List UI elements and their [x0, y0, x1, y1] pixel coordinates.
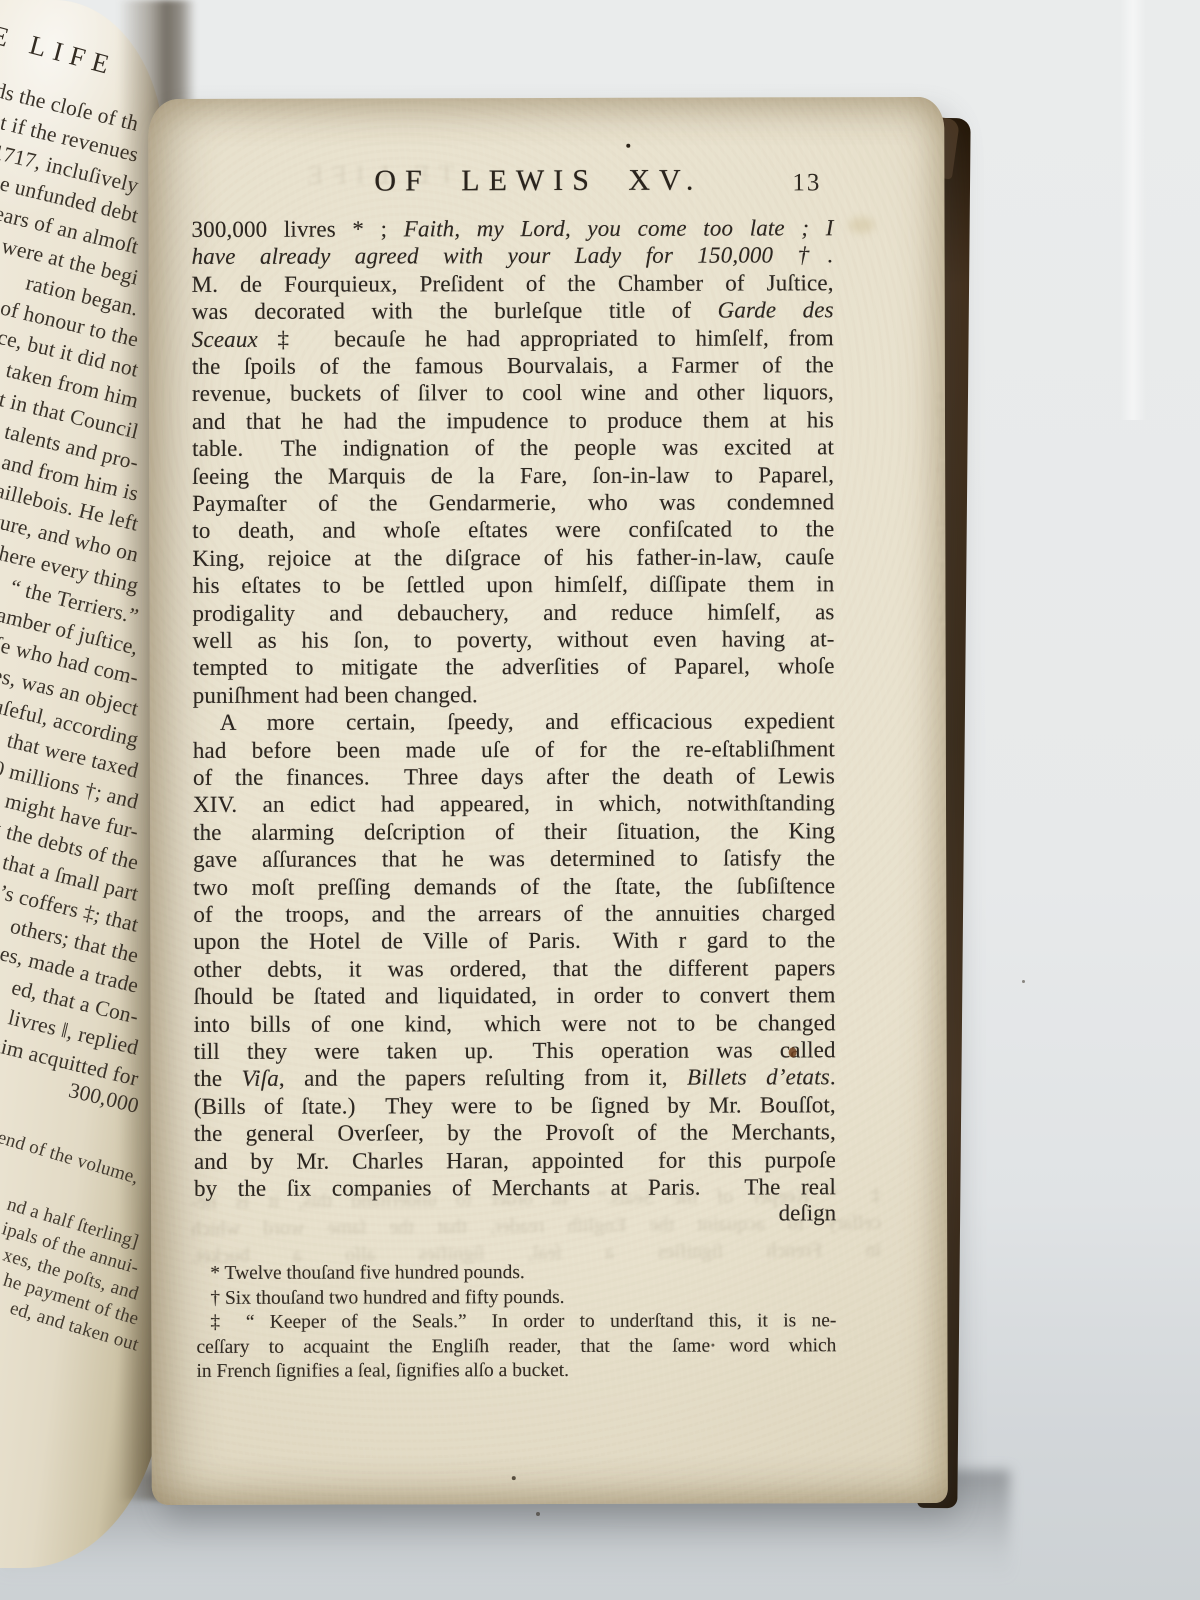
- body-line: of the finances. Three days after the de…: [193, 762, 835, 791]
- body-line: the alarming deſcription of their ſituat…: [193, 817, 835, 846]
- roman-text: .: [830, 1065, 836, 1090]
- body-line: of the troops, and the arrears of the an…: [193, 899, 835, 928]
- roman-text: gave aſſurances that he was determined t…: [193, 845, 835, 872]
- body-line: ſeeing the Marquis de la Fare, ſon-in-la…: [192, 461, 834, 490]
- body-line: XIV. an edict had appeared, in which, no…: [193, 790, 835, 819]
- footnote-line: ceſſary to acquaint the Engliſh reader, …: [196, 1334, 836, 1360]
- page-number: 13: [792, 169, 821, 197]
- italic-text: have already agreed with your Lady for 1…: [192, 243, 834, 270]
- body-line: and by Mr. Charles Haran, appointed for …: [194, 1146, 836, 1175]
- footnote-line: ‡ “ Keeper of the Seals.” In order to un…: [196, 1309, 836, 1335]
- body-line: Sceaux ‡ becauſe he had appropriated to …: [192, 324, 834, 353]
- body-line: by the ſix companies of Merchants at Par…: [194, 1173, 836, 1202]
- body-line: Paymaſter of the Gendarmerie, who was co…: [192, 488, 834, 517]
- body-line: two moſt preſſing demands of the ſtate, …: [193, 872, 835, 901]
- body-text: 300,000 livres * ; Faith, my Lord, you c…: [148, 97, 944, 99]
- italic-text: Billets d’etats: [687, 1065, 830, 1090]
- body-line: upon the Hotel de Ville of Paris. With r…: [193, 927, 835, 956]
- roman-text: to death, and whoſe eſtates were confiſc…: [192, 517, 834, 544]
- italic-text: Faith, my Lord, you come too late ; I: [404, 215, 834, 241]
- body-line: was decorated with the burleſque title o…: [192, 296, 834, 325]
- roman-text: 300,000 livres * ;: [191, 216, 403, 242]
- roman-text: ſhould be ſtated and liquidated, in orde…: [193, 982, 835, 1009]
- roman-text: well as his ſon, to poverty, without eve…: [193, 626, 835, 653]
- roman-text: other debts, it was ordered, that the di…: [193, 955, 835, 982]
- show-through-block: ‡ “ Keeper of the Seals.” In order to un…: [148, 97, 944, 99]
- roman-text: his eſtates to be ſettled upon himſelf, …: [192, 571, 834, 598]
- roman-text: A more certain, ſpeedy, and efficacious …: [220, 708, 835, 735]
- book-photo: TE LIFE owards the cloſe of ththat if th…: [0, 0, 1200, 1600]
- ink-speck: [512, 1476, 516, 1480]
- roman-text: King, rejoice at the diſgrace of his fat…: [192, 544, 834, 571]
- roman-text: into bills of one kind, which were not t…: [194, 1010, 836, 1037]
- roman-text: the ſpoils of the famous Bourvalais, a F…: [192, 352, 834, 379]
- roman-text: the alarming deſcription of their ſituat…: [193, 818, 835, 845]
- foxing-spot: [848, 217, 874, 233]
- italic-text: Garde des: [718, 297, 834, 322]
- ink-speck: [711, 1344, 714, 1347]
- catchword: deſign: [194, 1200, 836, 1228]
- roman-text: and by Mr. Charles Haran, appointed for …: [194, 1147, 836, 1174]
- body-line: prodigality and debauchery, and reduce h…: [192, 598, 834, 627]
- roman-text: XIV. an edict had appeared, in which, no…: [193, 791, 835, 818]
- body-line: till they were taken up. This operation …: [194, 1036, 836, 1065]
- body-line: other debts, it was ordered, that the di…: [193, 954, 835, 983]
- roman-text: puniſhment had been changed.: [193, 682, 478, 708]
- dust-speck: [1022, 980, 1025, 983]
- footnotes: * Twelve thouſand five hundred pounds.† …: [148, 97, 944, 99]
- body-line: 300,000 livres * ; Faith, my Lord, you c…: [191, 214, 833, 243]
- roman-text: , and the papers reſulting from it,: [279, 1065, 687, 1091]
- running-header-title: OF LEWIS XV.: [374, 164, 702, 199]
- body-line: M. de Fourquieux, Preſident of the Chamb…: [192, 269, 834, 298]
- body-line: his eſtates to be ſettled upon himſelf, …: [192, 570, 834, 599]
- roman-text: prodigality and debauchery, and reduce h…: [192, 599, 834, 626]
- body-line: the Viſa, and the papers reſulting from …: [194, 1064, 836, 1093]
- dust-speck: [536, 1512, 540, 1516]
- roman-text: was decorated with the burleſque title o…: [192, 298, 718, 324]
- body-line: table. The indignation of the people was…: [192, 433, 834, 462]
- body-line: into bills of one kind, which were not t…: [194, 1009, 836, 1038]
- body-line: tempted to mitigate the adverſities of P…: [193, 653, 835, 682]
- roman-text: Paymaſter of the Gendarmerie, who was co…: [192, 489, 834, 516]
- roman-text: tempted to mitigate the adverſities of P…: [193, 654, 835, 681]
- roman-text: ſeeing the Marquis de la Fare, ſon-in-la…: [192, 462, 834, 489]
- body-line: have already agreed with your Lady for 1…: [192, 242, 834, 271]
- roman-text: of the troops, and the arrears of the an…: [193, 900, 835, 927]
- roman-text: two moſt preſſing demands of the ſtate, …: [193, 873, 835, 900]
- body-line: King, rejoice at the diſgrace of his fat…: [192, 543, 834, 572]
- roman-text: of the finances. Three days after the de…: [193, 763, 835, 790]
- roman-text: and that he had the impudence to produce…: [192, 407, 834, 434]
- roman-text: the: [194, 1066, 242, 1091]
- body-line: puniſhment had been changed.: [193, 680, 835, 709]
- roman-text: ‡ becauſe he had appropriated to himſelf…: [258, 325, 834, 352]
- roman-text: M. de Fourquieux, Preſident of the Chamb…: [192, 270, 834, 297]
- roman-text: upon the Hotel de Ville of Paris. With r…: [193, 928, 835, 955]
- body-line: (Bills of ſtate.) They were to be ſigned…: [194, 1091, 836, 1120]
- body-line: the general Overſeer, by the Provoſt of …: [194, 1118, 836, 1147]
- body-line: gave aſſurances that he was determined t…: [193, 844, 835, 873]
- roman-text: table. The indignation of the people was…: [192, 434, 834, 461]
- ink-speck: [626, 144, 630, 148]
- roman-text: (Bills of ſtate.) They were to be ſigned…: [194, 1092, 836, 1119]
- background-fabric-streak: [1120, 0, 1146, 420]
- foxing-spot: [789, 1047, 797, 1057]
- footnote-line: * Twelve thouſand five hundred pounds.: [196, 1260, 836, 1286]
- body-line: ſhould be ſtated and liquidated, in orde…: [193, 981, 835, 1010]
- body-line: the ſpoils of the famous Bourvalais, a F…: [192, 351, 834, 380]
- footnote-line: † Six thouſand two hundred and fifty pou…: [196, 1285, 836, 1311]
- right-page: TE LIFE ‡ “ Keeper of the Seals.” In ord…: [148, 97, 948, 1505]
- roman-text: had before been made uſe of for the re-e…: [193, 736, 835, 763]
- body-line: A more certain, ſpeedy, and efficacious …: [193, 707, 835, 736]
- body-line: and that he had the impudence to produce…: [192, 406, 834, 435]
- roman-text: by the ſix companies of Merchants at Par…: [194, 1174, 836, 1201]
- body-line: had before been made uſe of for the re-e…: [193, 735, 835, 764]
- roman-text: the general Overſeer, by the Provoſt of …: [194, 1119, 836, 1146]
- roman-text: till they were taken up. This operation …: [194, 1037, 836, 1064]
- roman-text: revenue, buckets of ſilver to cool wine …: [192, 380, 834, 407]
- italic-text: Sceaux: [192, 326, 258, 351]
- body-line: revenue, buckets of ſilver to cool wine …: [192, 379, 834, 408]
- body-line: to death, and whoſe eſtates were confiſc…: [192, 516, 834, 545]
- footnote-line: in French ſignifies a ſeal, ſignifies al…: [196, 1359, 836, 1385]
- body-line: well as his ſon, to poverty, without eve…: [193, 625, 835, 654]
- italic-text: Viſa: [242, 1066, 279, 1091]
